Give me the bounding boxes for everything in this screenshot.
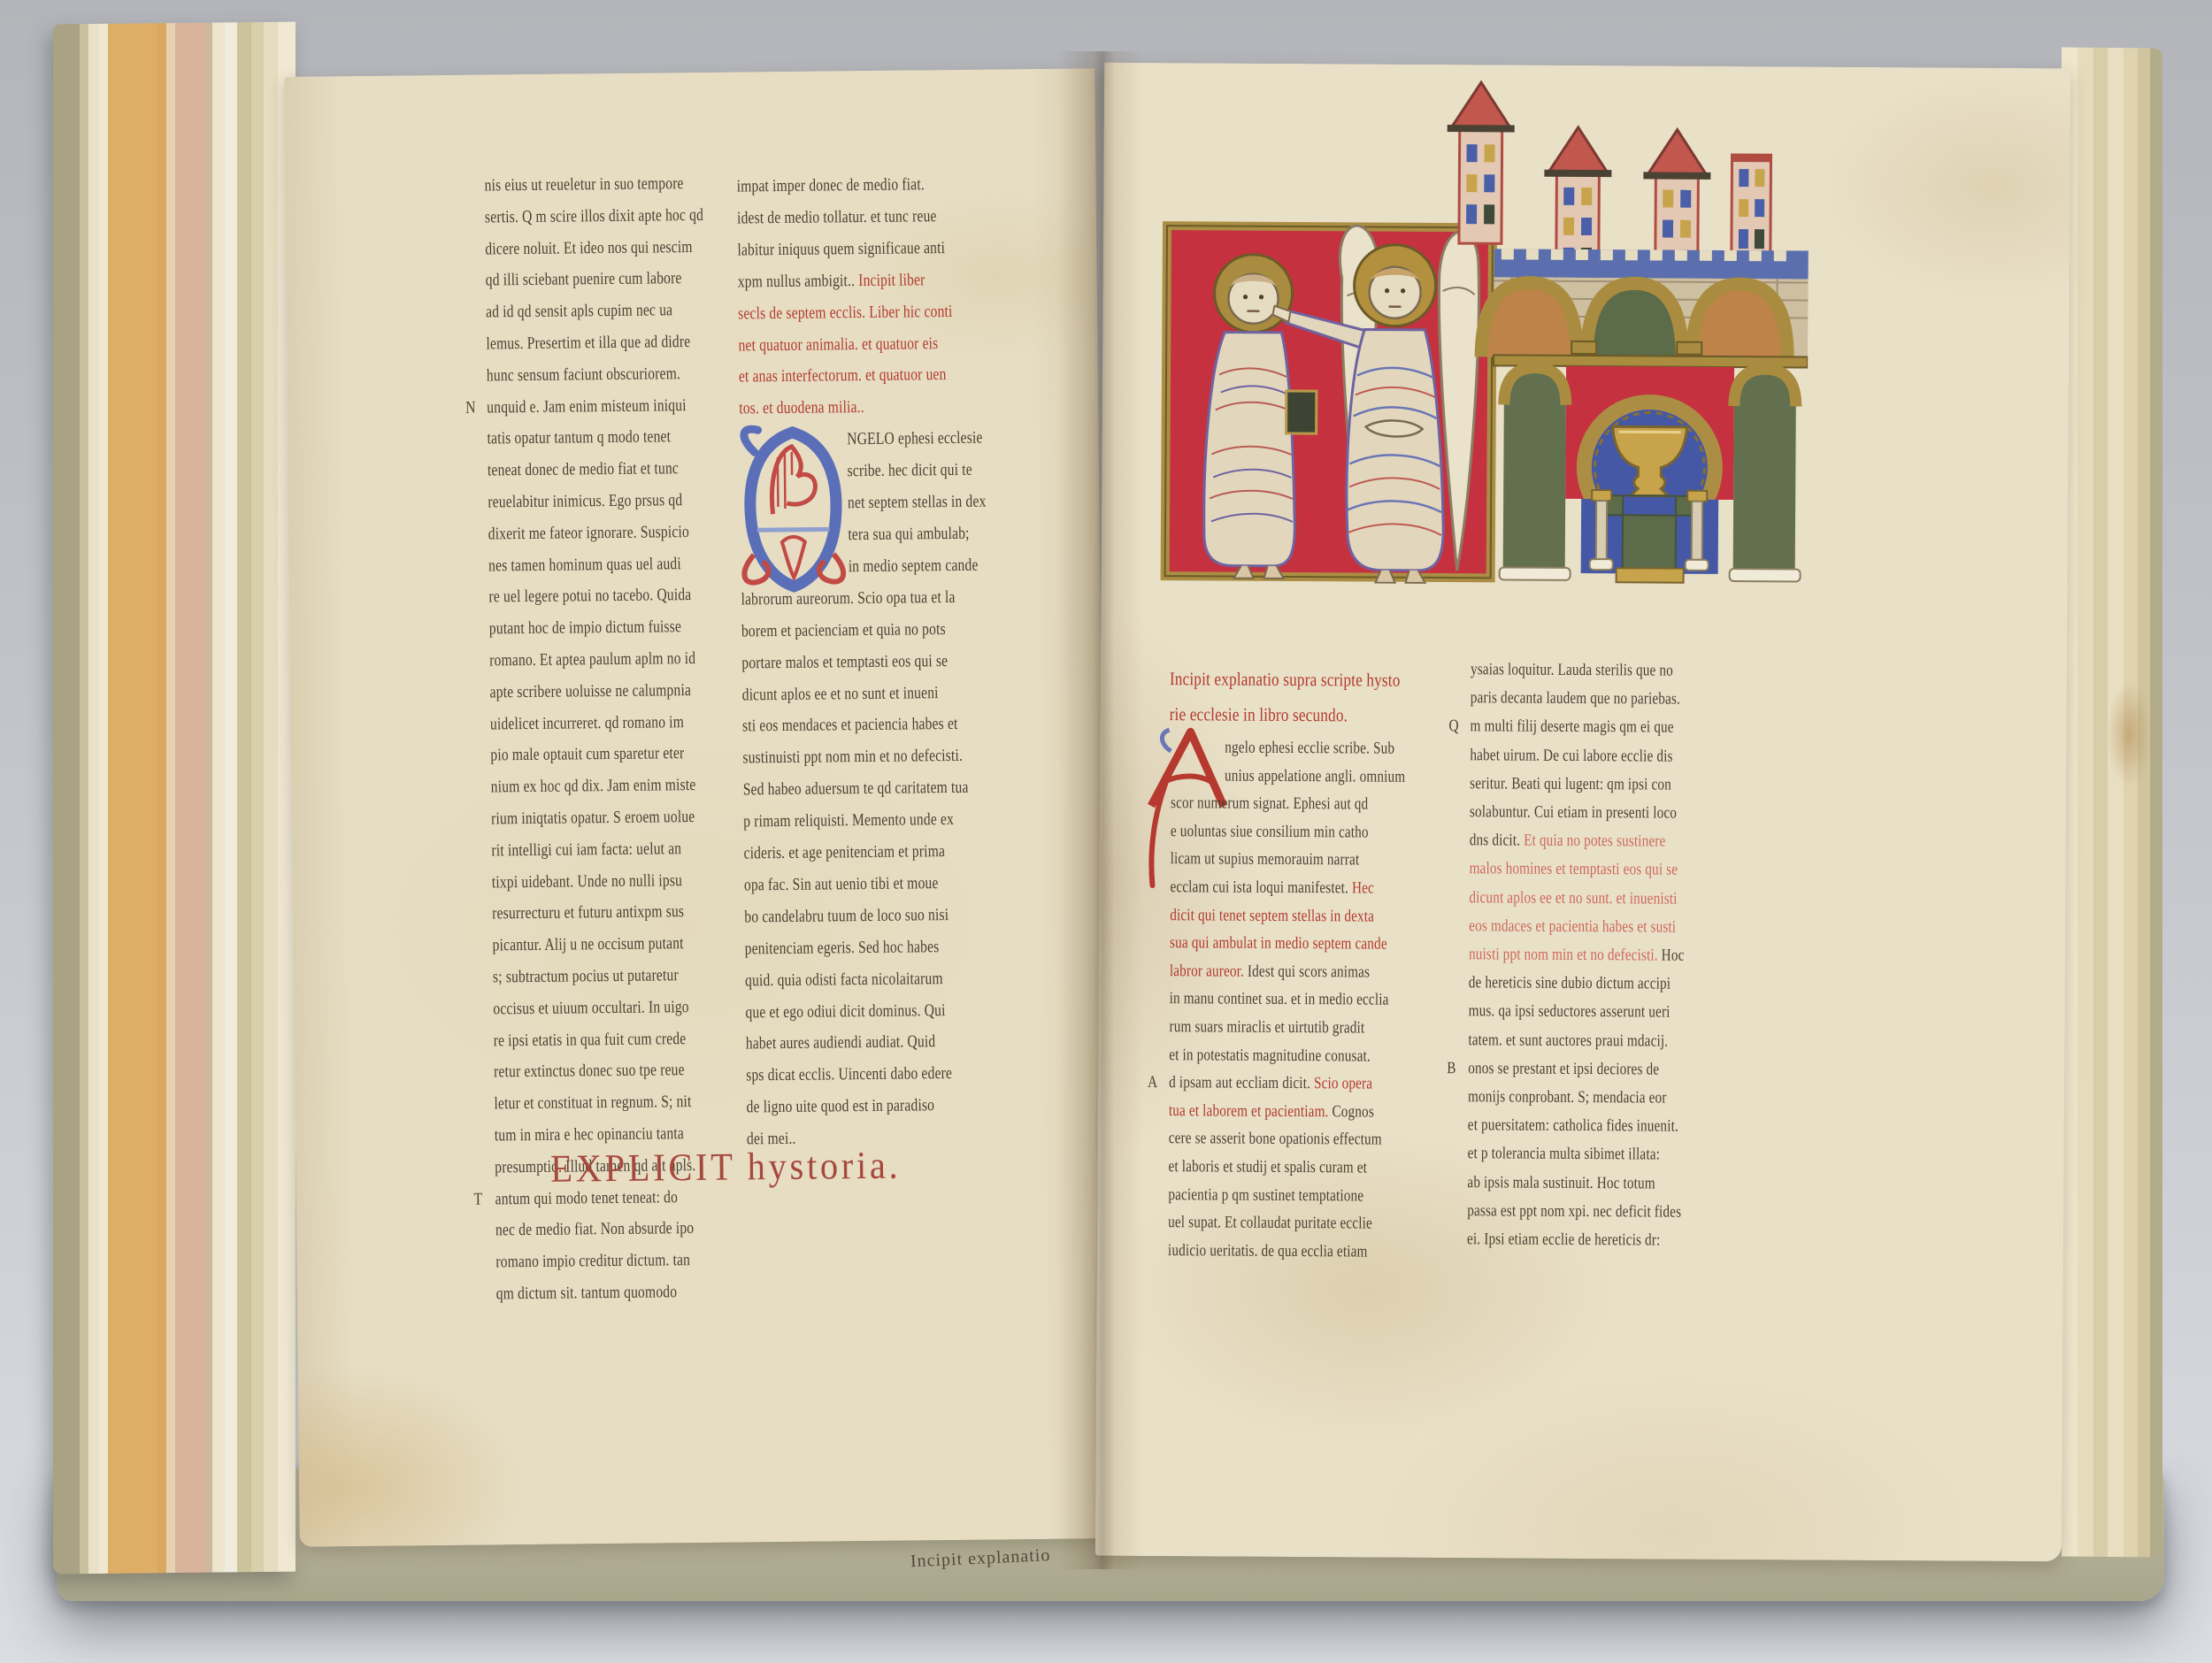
text-line: picantur. Alij u ne occisum putant — [492, 927, 761, 962]
miniature-angel-of-ephesus — [1156, 73, 1809, 665]
text-line: malos homines et temptasti eos qui se — [1470, 855, 1783, 885]
text-line: secls de septem ecclis. Liber hic conti — [738, 295, 1049, 330]
right-text-column-2: ysaias loquitur. Lauda sterilis que nopa… — [1467, 655, 1784, 1255]
text-line: e uoluntas siue consilium min catho — [1171, 817, 1479, 847]
text-line: iudicio ueritatis. de qua ecclia etiam — [1168, 1237, 1477, 1267]
right-page: Incipit explanatio supra scripte hystori… — [1095, 63, 2070, 1562]
text-line: paris decanta laudem que no pariebas. — [1471, 684, 1784, 714]
parchment-stain — [2106, 681, 2152, 787]
text-line: sustinuisti ppt nom min et no defecisti. — [742, 740, 1054, 775]
explicit-colophon: EXPLICIT hystoria. — [550, 1143, 902, 1192]
text-line: idest de medio tollatur. et tunc reue — [737, 200, 1048, 235]
text-line: in manu continet sua. et in medio ecclia — [1170, 985, 1479, 1015]
text-line: dicit qui tenet septem stellas in dexta — [1170, 901, 1479, 931]
text-line: romano. Et aptea paulum aplm no id — [489, 642, 758, 677]
text-line: et laboris et studij et spalis curam et — [1168, 1153, 1477, 1183]
text-line: pacientia p qm sustinet temptatione — [1168, 1181, 1477, 1211]
text-line: passa est ppt nom xpi. nec deficit fides — [1467, 1197, 1780, 1227]
text-line: p rimam reliquisti. Memento unde ex — [743, 803, 1055, 839]
text-line: rium iniqtatis opatur. S eroem uolue — [491, 801, 760, 835]
text-line: seritur. Beati qui lugent: qm ipsi con — [1470, 770, 1783, 800]
text-line: net quatuor animalia. et quatuor eis — [738, 326, 1049, 362]
text-line: bo candelabru tuum de loco suo nisi — [744, 899, 1056, 934]
text-line: labror aureor. Idest qui scors animas — [1170, 957, 1479, 987]
text-line: tatis opatur tantum q modo tenet — [487, 421, 756, 456]
text-line: mus. qa ipsi seductores asserunt ueri — [1469, 998, 1782, 1028]
text-line: ngelo ephesi ecclie scribe. Sub — [1171, 733, 1479, 763]
text-line: tera sua qui ambulab; — [741, 517, 1052, 553]
text-line: net septem stellas in dex — [740, 486, 1051, 521]
text-line: sertis. Q m scire illos dixit apte hoc q… — [485, 199, 754, 234]
text-line: putant hoc de impio dictum fuisse — [489, 610, 758, 645]
text-line: eos mdaces et pacientia habes et susti — [1469, 912, 1782, 942]
text-line: tatem. et sunt auctores praui mdacij. — [1468, 1026, 1781, 1056]
text-line: reuelabitur inimicus. Ego prsus qd — [488, 484, 757, 518]
text-line: resurrecturu et futuru antixpm sus — [492, 896, 761, 931]
text-line: dixerit me fateor ignorare. Suspicio — [488, 516, 757, 550]
text-line: de hereticis sine dubio dictum accipi — [1469, 969, 1782, 999]
text-line: ei. Ipsi etiam ecclie de hereticis dr: — [1467, 1225, 1780, 1255]
text-line: nuisti ppt nom min et no defecisti. Hoc — [1469, 940, 1782, 970]
text-line: cere se asserit bone opationis effectum — [1169, 1124, 1478, 1154]
text-line: scor numerum signat. Ephesi aut qd — [1171, 789, 1479, 819]
text-line: sua qui ambulat in medio septem cande — [1170, 929, 1479, 959]
arcade — [1481, 249, 1809, 367]
text-line: sps dicat ecclis. Uincenti dabo edere — [746, 1057, 1057, 1092]
text-line: s; subtractum pocius ut putaretur — [493, 959, 762, 993]
text-line: ab ipsis mala sustinuit. Hoc totum — [1467, 1169, 1780, 1199]
text-line: re ipsi etatis in qua fuit cum crede — [494, 1023, 763, 1057]
text-line: dns dicit. Et quia no potes sustinere — [1470, 826, 1783, 856]
text-line: nis eius ut reueletur in suo tempore — [484, 167, 753, 202]
text-line: et puersitatem: catholica fides inuenit. — [1468, 1111, 1781, 1141]
rubric-heading: Incipit explanatio supra scripte hystori… — [1170, 661, 1478, 733]
text-line: nes tamen hominum quas uel audi — [488, 548, 757, 582]
text-line: occisus et uiuum occultari. In uigo — [493, 991, 762, 1025]
text-line: scribe. hec dicit qui te — [740, 454, 1051, 489]
text-line: uidelicet incurreret. qd romano im — [490, 706, 759, 740]
left-text-column-1: nis eius ut reueletur in suo temporesert… — [484, 167, 764, 1310]
text-line: Sed habeo aduersum te qd caritatem tua — [743, 771, 1055, 807]
chalice-shrine — [1500, 365, 1801, 583]
text-line: teneat donec de medio fiat et tunc — [488, 452, 757, 487]
text-line: re uel legere potui no tacebo. Quida — [488, 579, 757, 614]
text-line: tos. et duodena milia.. — [739, 390, 1050, 425]
text-line: quid. quia odisti facta nicolaitarum — [745, 962, 1056, 997]
text-line: qd illi sciebant puenire cum labore — [486, 263, 755, 297]
text-line: rum suars miraclis et uirtutib gradit — [1169, 1013, 1478, 1043]
text-line: habet aures audiendi audiat. Quid — [746, 1025, 1057, 1061]
text-line: que et ego odiui dicit dominus. Qui — [745, 993, 1056, 1029]
text-line: sti eos mendaces et paciencia habes et — [742, 708, 1054, 743]
text-line: de ligno uite quod est in paradiso — [746, 1089, 1057, 1124]
text-line: solabuntur. Cui etiam in presenti loco — [1470, 798, 1783, 828]
text-line: romano impio creditur dictum. tan — [495, 1244, 764, 1278]
text-line: opa fac. Sin aut uenio tibi et moue — [744, 867, 1056, 902]
left-page: nis eius ut reueletur in suo temporesert… — [284, 68, 1110, 1547]
text-line: N unquid e. Jam enim misteum iniqui — [487, 389, 756, 424]
page-edges-left — [53, 22, 296, 1575]
text-line: retur extinctus donec suo tpe reue — [494, 1054, 763, 1089]
text-line: monijs conprobant. S; mendacia eor — [1468, 1083, 1781, 1113]
page-edges-right — [2062, 48, 2162, 1558]
text-line: ecclam cui ista loqui manifestet. Hec — [1170, 873, 1479, 903]
text-line: dicunt aplos ee et no sunt. et inuenisti — [1469, 884, 1782, 914]
right-text-column-1: ngelo ephesi ecclie scribe. Subunius app… — [1168, 733, 1479, 1266]
text-line: portare malos et temptasti eos qui se — [741, 644, 1053, 679]
text-line: xpm nullus ambigit.. Incipit liber — [738, 264, 1049, 299]
text-line: ysaias loquitur. Lauda sterilis que no — [1471, 655, 1784, 686]
text-line: ad id qd sensit apls cupim nec ua — [486, 294, 755, 328]
text-line: nium ex hoc qd dix. Jam enim miste — [491, 769, 760, 803]
text-line: et p tolerancia multa sibimet illata: — [1468, 1140, 1781, 1170]
text-line: nec de medio fiat. Non absurde ipo — [495, 1213, 764, 1247]
text-line: et in potestatis magnitudine conusat. — [1169, 1041, 1478, 1071]
text-line: cideris. et age penitenciam et prima — [743, 835, 1055, 870]
photo-background: nis eius ut reueletur in suo temporesert… — [0, 0, 2212, 1663]
text-line: labrorum aureorum. Scio opa tua et la — [741, 581, 1052, 617]
text-line: NGELO ephesi ecclesie — [739, 422, 1050, 457]
text-line: apte scribere uoluisse ne calumpnia — [489, 674, 758, 709]
text-line: penitenciam egeris. Sed hoc habes — [744, 931, 1056, 966]
text-line: et anas interfectorum. et quatuor uen — [739, 358, 1050, 394]
text-line: labitur iniquus quem significaue anti — [737, 232, 1048, 267]
text-line: uel supat. Et collaudat puritate ecclie — [1168, 1208, 1477, 1238]
text-line: pio male optauit cum sparetur eter — [490, 738, 759, 772]
text-line: in medio septem cande — [741, 549, 1052, 585]
text-line: unius appelatione angli. omnium — [1171, 762, 1479, 792]
text-line: hunc sensum faciunt obscuriorem. — [487, 357, 756, 392]
text-line: dicere noluit. Et ideo nos qui nescim — [485, 231, 754, 265]
text-line: borem et pacienciam et quia no pots — [741, 612, 1053, 648]
text-line: letur et constituat in regnum. S; nit — [494, 1085, 763, 1120]
text-line: impat imper donec de medio fiat. — [736, 168, 1048, 203]
text-line: A d ipsam aut eccliam dicit. Scio opera — [1169, 1069, 1478, 1099]
text-line: rit intelligi cui iam facta: uelut an — [491, 832, 760, 867]
left-text-column-2: impat imper donec de medio fiat.idest de… — [736, 168, 1058, 1156]
text-line: licam ut supius memorauim narrat — [1171, 846, 1479, 876]
text-line: Q m multi filij deserte magis qm ei que — [1470, 713, 1783, 743]
text-line: tua et laborem et pacientiam. Cognos — [1169, 1097, 1478, 1127]
text-line: habet uirum. De cui labore ecclie dis — [1470, 741, 1783, 771]
book-gutter-shadow — [1058, 51, 1143, 1569]
text-line: lemus. Presertim et illa que ad didre — [486, 326, 755, 360]
text-line: Incipit explanatio supra scripte hysto — [1170, 661, 1478, 698]
text-line: tixpi uidebant. Unde no nulli ipsu — [492, 864, 761, 899]
text-line: dicunt aplos ee et no sunt et inueni — [741, 676, 1053, 711]
text-line: qm dictum sit. tantum quomodo — [496, 1276, 765, 1310]
text-line: B onos se prestant et ipsi deciores de — [1468, 1054, 1781, 1084]
